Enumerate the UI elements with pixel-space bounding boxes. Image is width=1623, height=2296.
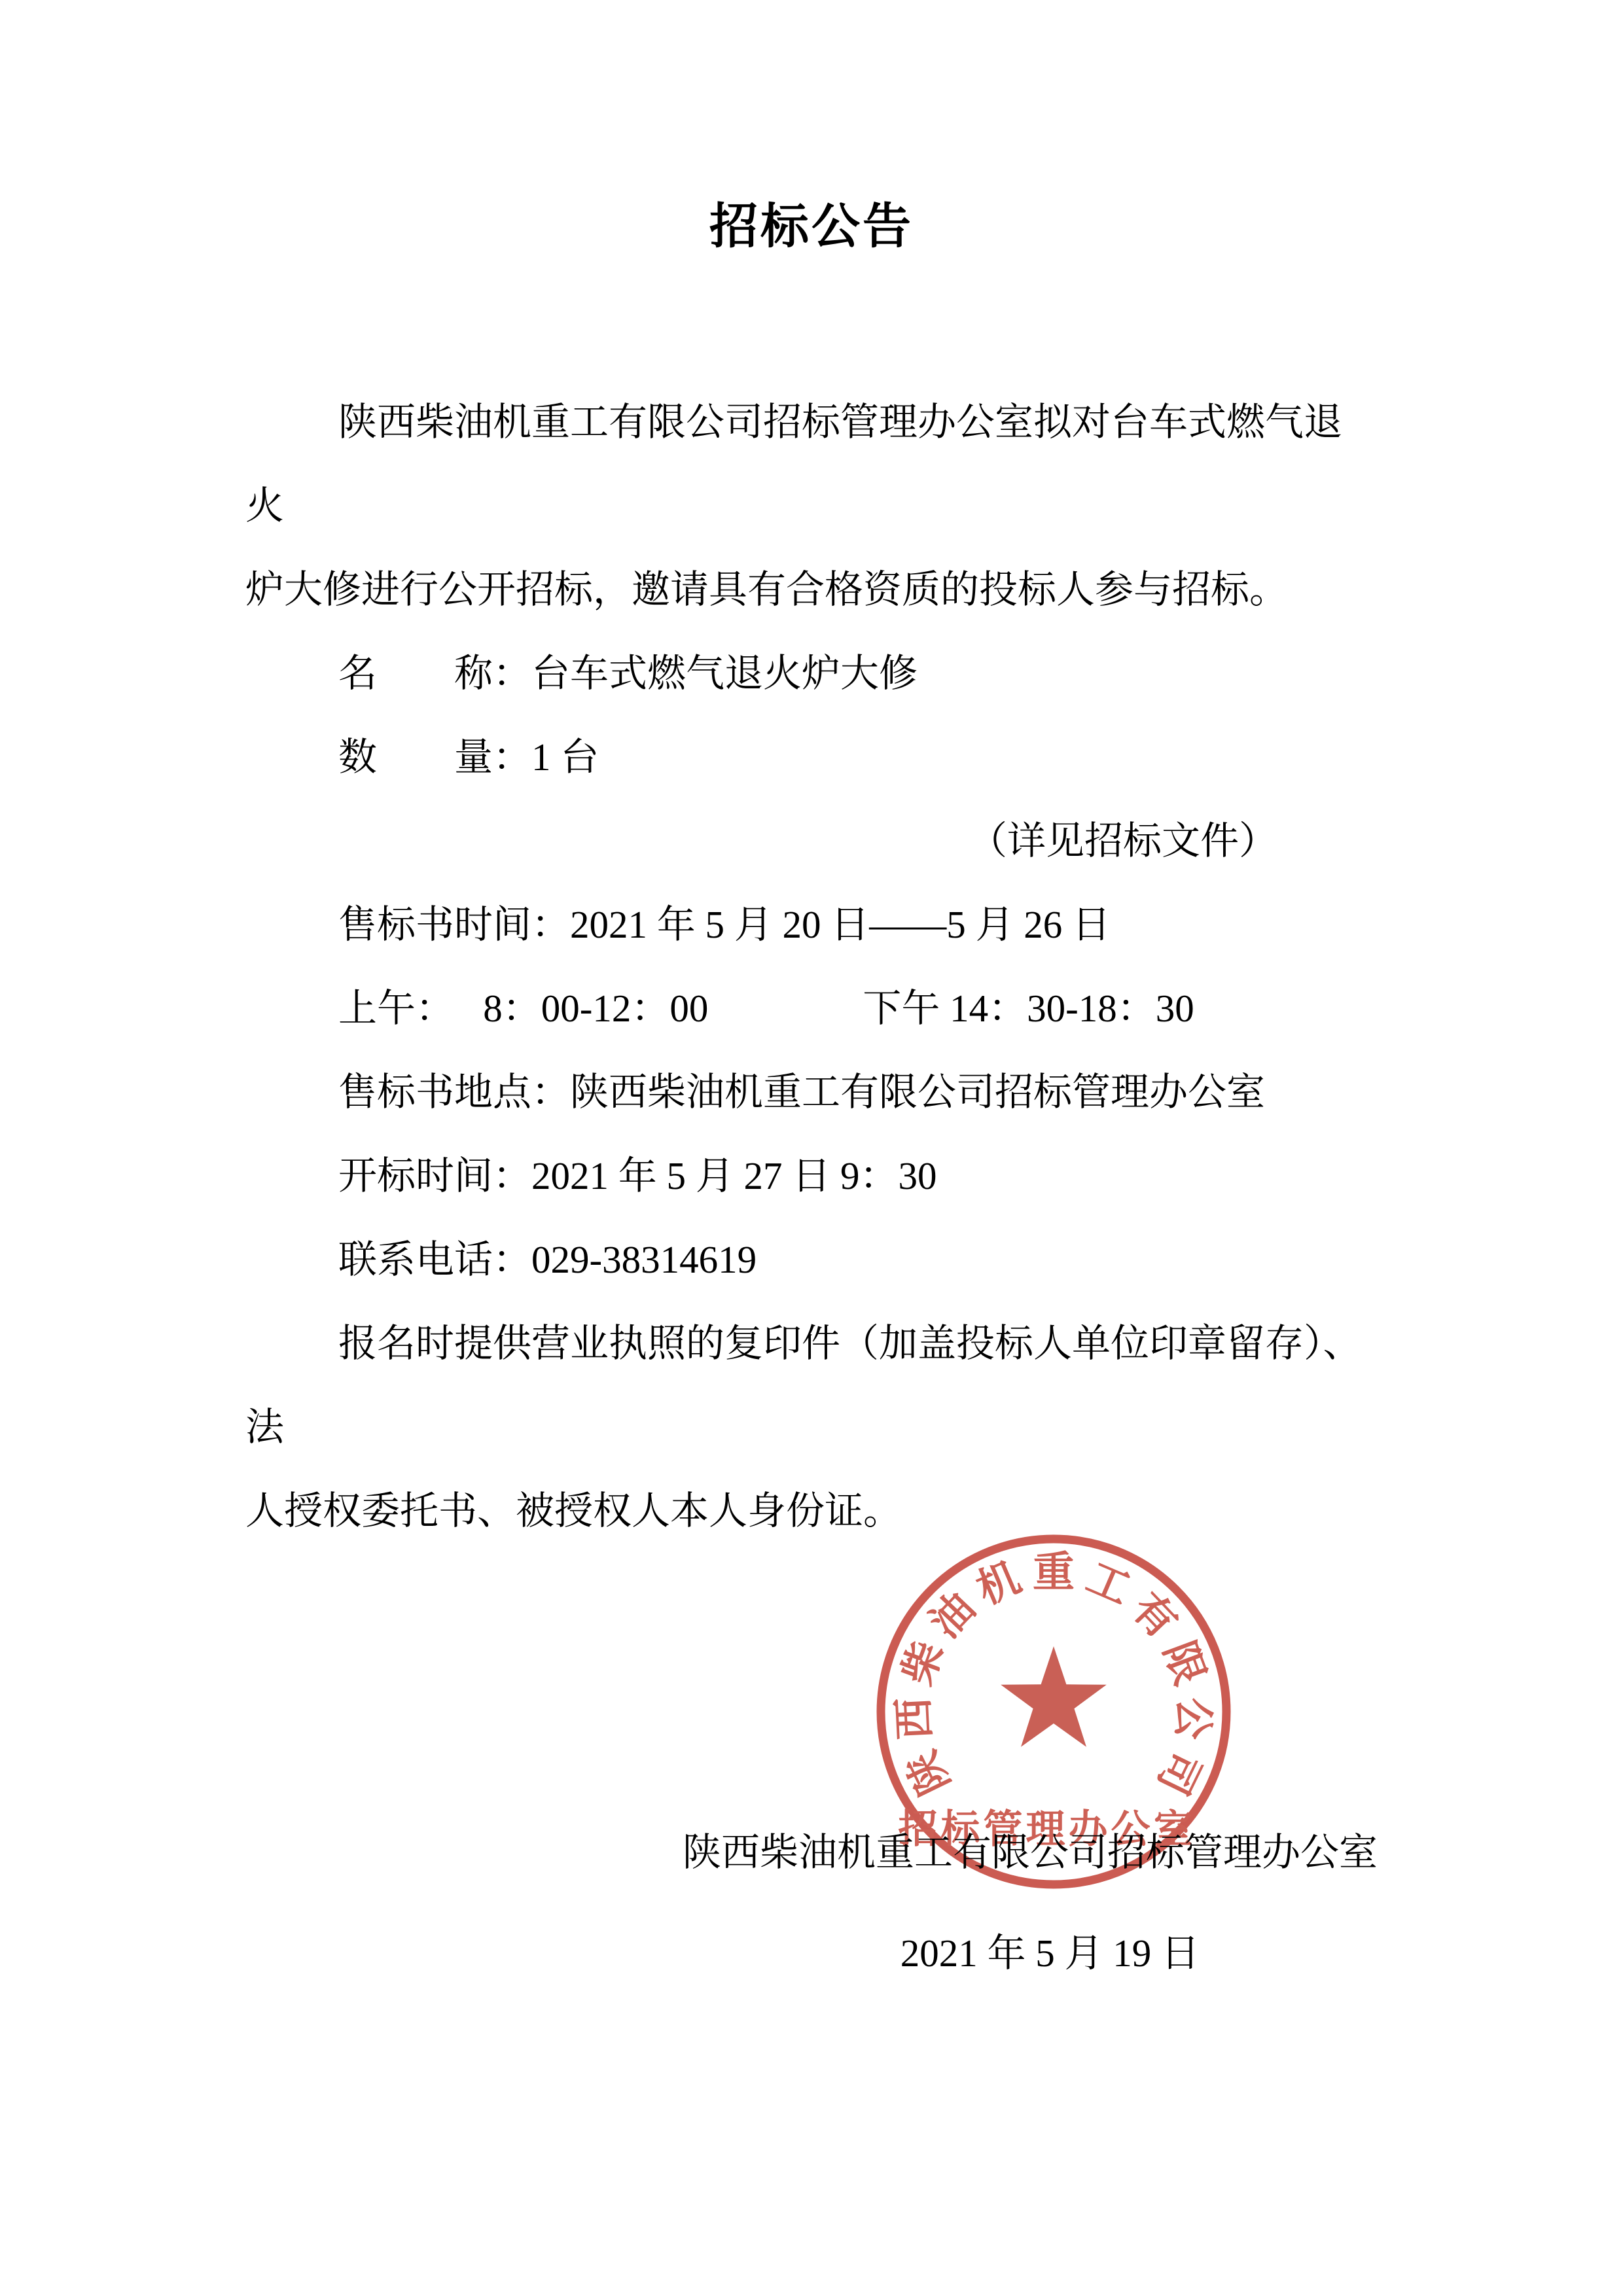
stamp-star-icon bbox=[1001, 1646, 1107, 1747]
signature-date: 2021 年 5 月 19 日 bbox=[245, 1911, 1378, 1995]
stamp-arc-char: 工 bbox=[1080, 1554, 1137, 1613]
registration-req-line-1: 报名时提供营业执照的复印件（加盖投标人单位印章留存）、法 bbox=[245, 1301, 1378, 1469]
document-body: 陕西柴油机重工有限公司招标管理办公室拟对台车式燃气退火 炉大修进行公开招标，邀请… bbox=[245, 380, 1378, 1553]
sale-location-line: 售标书地点：陕西柴油机重工有限公司招标管理办公室 bbox=[245, 1050, 1378, 1134]
official-red-stamp-icon: 陕西柴油机重工有限公司 招标管理办公室 bbox=[857, 1515, 1250, 1908]
paragraph-intro-line-1: 陕西柴油机重工有限公司招标管理办公室拟对台车式燃气退火 bbox=[245, 380, 1378, 548]
stamp-arc-char: 限 bbox=[1155, 1635, 1213, 1691]
item-name-line: 名 称：台车式燃气退火炉大修 bbox=[245, 631, 1378, 715]
contact-phone-line: 联系电话：029-38314619 bbox=[245, 1218, 1378, 1301]
sale-period-line: 售标书时间：2021 年 5 月 20 日——5 月 26 日 bbox=[245, 883, 1378, 966]
bid-opening-time-line: 开标时间：2021 年 5 月 27 日 9：30 bbox=[245, 1134, 1378, 1218]
stamp-arc-char: 重 bbox=[1033, 1549, 1075, 1596]
stamp-arc-char: 司 bbox=[1149, 1744, 1209, 1802]
stamp-arc-char: 公 bbox=[1169, 1697, 1217, 1740]
stamp-arc-char: 柴 bbox=[894, 1635, 952, 1691]
stamp-arc-char: 西 bbox=[890, 1697, 938, 1740]
paragraph-intro-line-2: 炉大修进行公开招标，邀请具有合格资质的投标人参与招标。 bbox=[245, 548, 1378, 631]
sale-hours-line: 上午： 8：00-12：00 下午 14：30-18：30 bbox=[245, 966, 1378, 1050]
stamp-arc-char: 陕 bbox=[899, 1744, 959, 1802]
see-tender-docs-line: （详见招标文件） bbox=[245, 799, 1378, 883]
item-quantity-line: 数 量：1 台 bbox=[245, 715, 1378, 799]
stamp-arc-char: 机 bbox=[971, 1554, 1027, 1613]
document-page: 招标公告 陕西柴油机重工有限公司招标管理办公室拟对台车式燃气退火 炉大修进行公开… bbox=[0, 0, 1623, 2296]
page-title: 招标公告 bbox=[245, 196, 1378, 258]
stamp-bottom-text: 招标管理办公室 bbox=[899, 1808, 1196, 1851]
document-content: 招标公告 陕西柴油机重工有限公司招标管理办公室拟对台车式燃气退火 炉大修进行公开… bbox=[0, 0, 1623, 2296]
